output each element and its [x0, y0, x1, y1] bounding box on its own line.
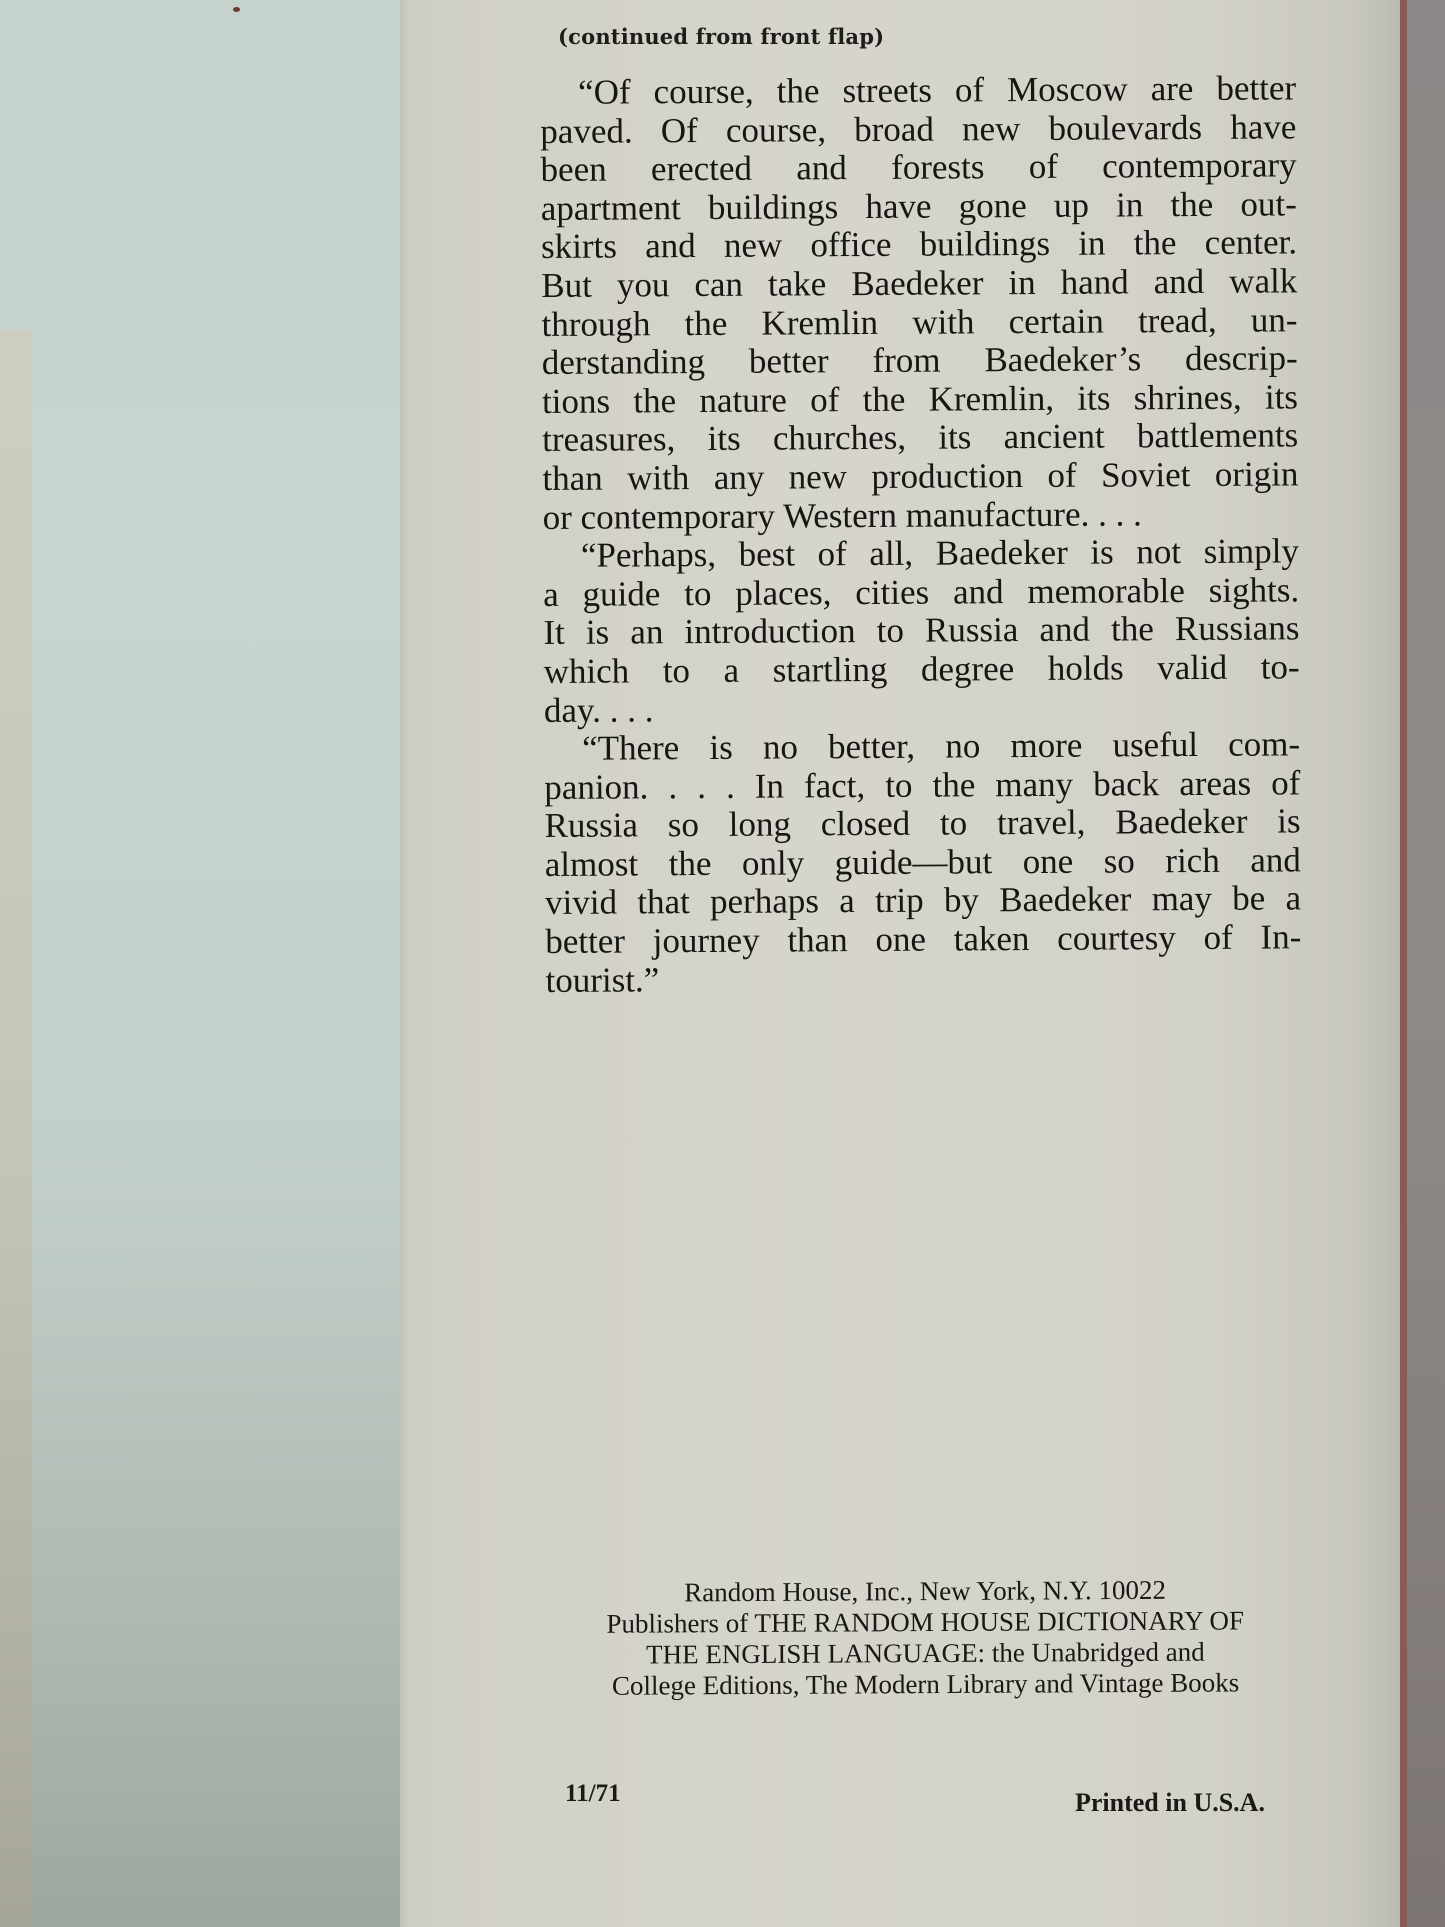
text-line: It is an introduction to Russia and the … — [543, 610, 1299, 653]
text-line: Russia so long closed to travel, Baedeke… — [544, 803, 1300, 846]
table-surface — [1407, 0, 1445, 1927]
text-line: been erected and forests of contemporary — [540, 147, 1296, 190]
text-line: vivid that perhaps a trip by Baedeker ma… — [545, 880, 1301, 923]
text-line: better journey than one taken courtesy o… — [545, 918, 1301, 961]
text-line: day. . . . — [544, 687, 1300, 730]
imprint-line: Publishers of THE RANDOM HOUSE DICTIONAR… — [560, 1605, 1290, 1640]
imprint-line: College Editions, The Modern Library and… — [560, 1667, 1290, 1702]
paper-edge-strip — [0, 330, 32, 1927]
text-line: almost the only guide—but one so rich an… — [545, 841, 1301, 884]
paragraph-2: “Perhaps, best of all, Baedeker is not s… — [543, 532, 1300, 730]
text-line: derstanding better from Baedeker’s descr… — [542, 340, 1298, 383]
flap-fold-shadow — [400, 0, 410, 1927]
text-line: apartment buildings have gone up in the … — [541, 185, 1297, 228]
text-line: tions the nature of the Kremlin, its shr… — [542, 378, 1298, 421]
paragraph-3: “There is no better, no more useful com-… — [544, 725, 1302, 1000]
imprint-line: Random House, Inc., New York, N.Y. 10022 — [560, 1574, 1290, 1609]
jacket-red-edge — [1400, 0, 1407, 1927]
text-line: tourist.” — [545, 957, 1301, 1000]
text-line: panion. . . . In fact, to the many back … — [544, 764, 1300, 807]
continued-note: (continued from front flap) — [558, 24, 884, 49]
text-line: a guide to places, cities and memorable … — [543, 571, 1299, 614]
imprint-line: THE ENGLISH LANGUAGE: the Unabridged and — [560, 1636, 1290, 1671]
text-line: treasures, its churches, its ancient bat… — [542, 417, 1298, 460]
text-line: “Of course, the streets of Moscow are be… — [540, 69, 1296, 112]
text-line: “There is no better, no more useful com- — [544, 725, 1300, 768]
text-line: But you can take Baedeker in hand and wa… — [541, 262, 1297, 305]
paper-speck — [233, 7, 240, 12]
date-code: 11/71 — [565, 1780, 621, 1808]
publisher-imprint: Random House, Inc., New York, N.Y. 10022… — [560, 1574, 1291, 1702]
text-line: through the Kremlin with certain tread, … — [541, 301, 1297, 344]
text-line: or contemporary Western manufacture. . .… — [543, 494, 1299, 537]
text-line: “Perhaps, best of all, Baedeker is not s… — [543, 532, 1299, 575]
text-line: skirts and new office buildings in the c… — [541, 224, 1297, 267]
inner-jacket-paper — [0, 0, 405, 1927]
text-line: than with any new production of Soviet o… — [542, 455, 1298, 498]
text-line: paved. Of course, broad new boulevards h… — [540, 108, 1296, 151]
flap-body-text: “Of course, the streets of Moscow are be… — [540, 69, 1302, 1000]
text-line: which to a startling degree holds valid … — [544, 648, 1300, 691]
paragraph-1: “Of course, the streets of Moscow are be… — [540, 69, 1299, 537]
printed-in-note: Printed in U.S.A. — [1075, 1788, 1265, 1818]
